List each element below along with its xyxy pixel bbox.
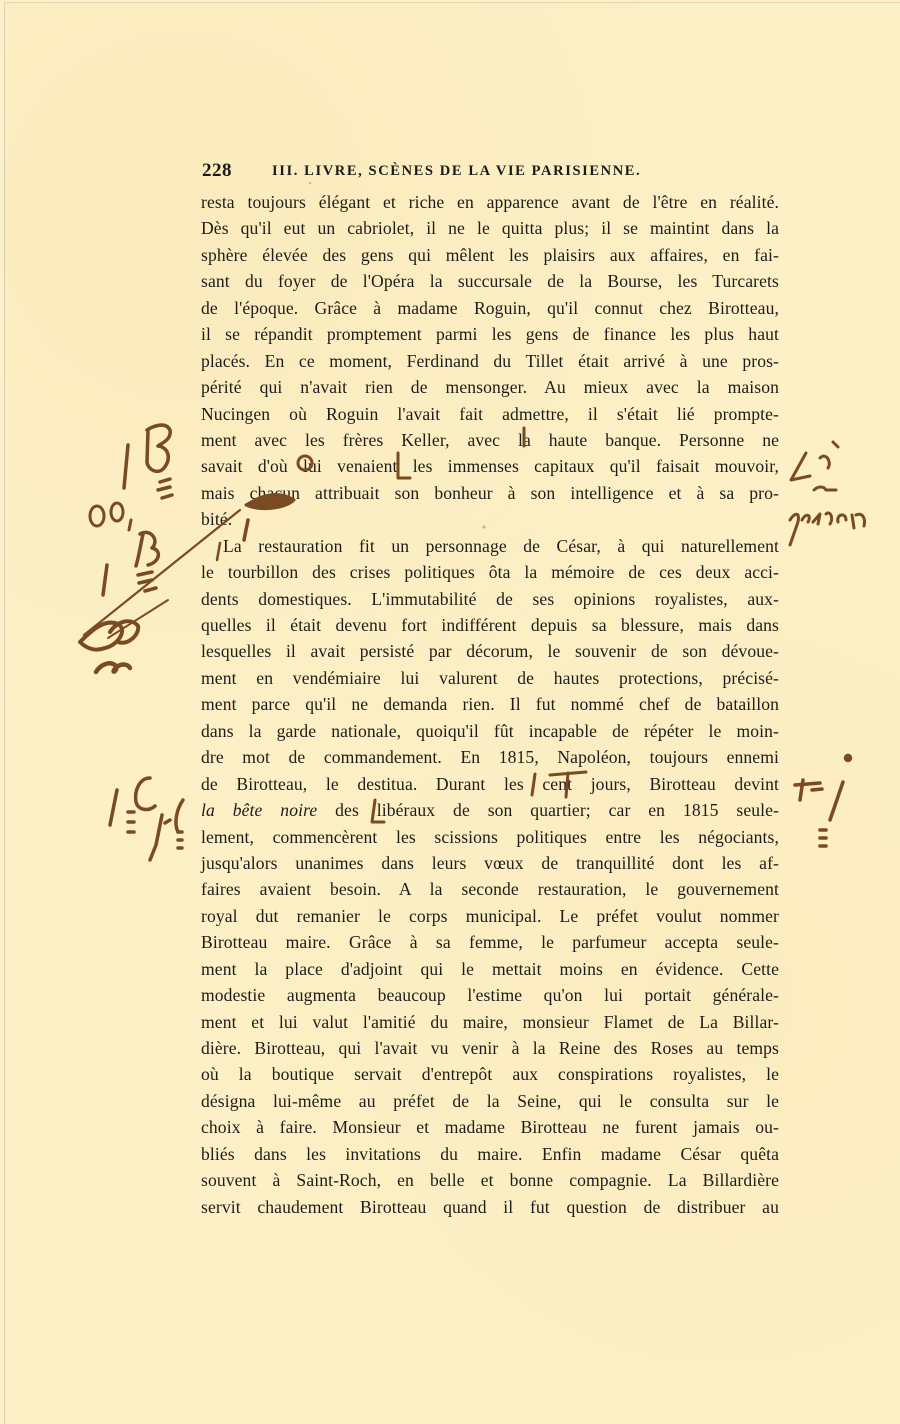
italic-phrase: la bête noire: [201, 800, 317, 820]
text-line: ment en vendémiaire lui valurent de haut…: [201, 665, 779, 691]
paragraph-start-line: La restauration fit un personnage de Cés…: [201, 533, 779, 559]
text-line: jusqu'alors unanimes dans leurs vœux de …: [201, 850, 779, 876]
text-line: sant du foyer de l'Opéra la succursale d…: [201, 268, 779, 294]
text-line: désigna lui-même au préfet de la Seine, …: [201, 1088, 779, 1114]
text-line: ment et lui valut l'amitié du maire, mon…: [201, 1009, 779, 1035]
text-line: souvent à Saint-Roch, en belle et bonne …: [201, 1167, 779, 1193]
text-line: lesquelles il avait persisté par décorum…: [201, 638, 779, 664]
text-line: de l'époque. Grâce à madame Roguin, qu'i…: [201, 295, 779, 321]
page-header: 228 III. LIVRE, SCÈNES DE LA VIE PARISIE…: [202, 160, 782, 186]
text-line: dans la garde nationale, quoiqu'il fût i…: [201, 718, 779, 744]
text-line: lement, commencèrent les scissions polit…: [201, 824, 779, 850]
running-head: III. LIVRE, SCÈNES DE LA VIE PARISIENNE.: [272, 163, 641, 180]
text-line: royal dut remanier le corps municipal. L…: [201, 903, 779, 929]
text-line: périté qui n'avait rien de mensonger. Au…: [201, 374, 779, 400]
text-line: faires avaient besoin. A la seconde rest…: [201, 876, 779, 902]
text-line: resta toujours élégant et riche en appar…: [201, 189, 779, 215]
text-line: bité.: [201, 506, 779, 532]
text-line: Nucingen où Roguin l'avait fait admettre…: [201, 401, 779, 427]
text-line: Birotteau maire. Grâce à sa femme, le pa…: [201, 929, 779, 955]
text-line: bliés dans les invitations du maire. Enf…: [201, 1141, 779, 1167]
text-line: où la boutique servait d'entrepôt aux co…: [201, 1061, 779, 1087]
text-fragment: des libéraux de son quartier; car en 181…: [335, 800, 779, 820]
page-number: 228: [202, 160, 232, 182]
text-line: mais chacun attribuait son bonheur à son…: [201, 480, 779, 506]
text-line: modestie augmenta beaucoup l'estime qu'o…: [201, 982, 779, 1008]
text-line: ment la place d'adjoint qui le mettait m…: [201, 956, 779, 982]
body-text: resta toujours élégant et riche en appar…: [201, 189, 779, 1220]
text-line: il se répandit promptement parmi les gen…: [201, 321, 779, 347]
text-line: choix à faire. Monsieur et madame Birott…: [201, 1114, 779, 1140]
text-line: dière. Birotteau, qui l'avait vu venir à…: [201, 1035, 779, 1061]
text-line: sphère élevée des gens qui mêlent les pl…: [201, 242, 779, 268]
text-line: quelles il était devenu fort indifférent…: [201, 612, 779, 638]
text-line: ment parce qu'il ne demanda rien. Il fut…: [201, 691, 779, 717]
book-page: 228 III. LIVRE, SCÈNES DE LA VIE PARISIE…: [4, 2, 900, 1424]
text-line: dents domestiques. L'immutabilité de ses…: [201, 586, 779, 612]
text-line: servit chaudement Birotteau quand il fut…: [201, 1194, 779, 1220]
text-line: placés. En ce moment, Ferdinand du Tille…: [201, 348, 779, 374]
text-line: ment avec les frères Keller, avec la hau…: [201, 427, 779, 453]
text-line: le tourbillon des crises politiques ôta …: [201, 559, 779, 585]
text-line: de Birotteau, le destitua. Durant les ce…: [201, 771, 779, 797]
text-line: savait d'où lui venaient les immenses ca…: [201, 453, 779, 479]
text-line-with-italic: la bête noire des libéraux de son quarti…: [201, 797, 779, 823]
text-line: dre mot de commandement. En 1815, Napolé…: [201, 744, 779, 770]
text-line: Dès qu'il eut un cabriolet, il ne le qui…: [201, 215, 779, 241]
